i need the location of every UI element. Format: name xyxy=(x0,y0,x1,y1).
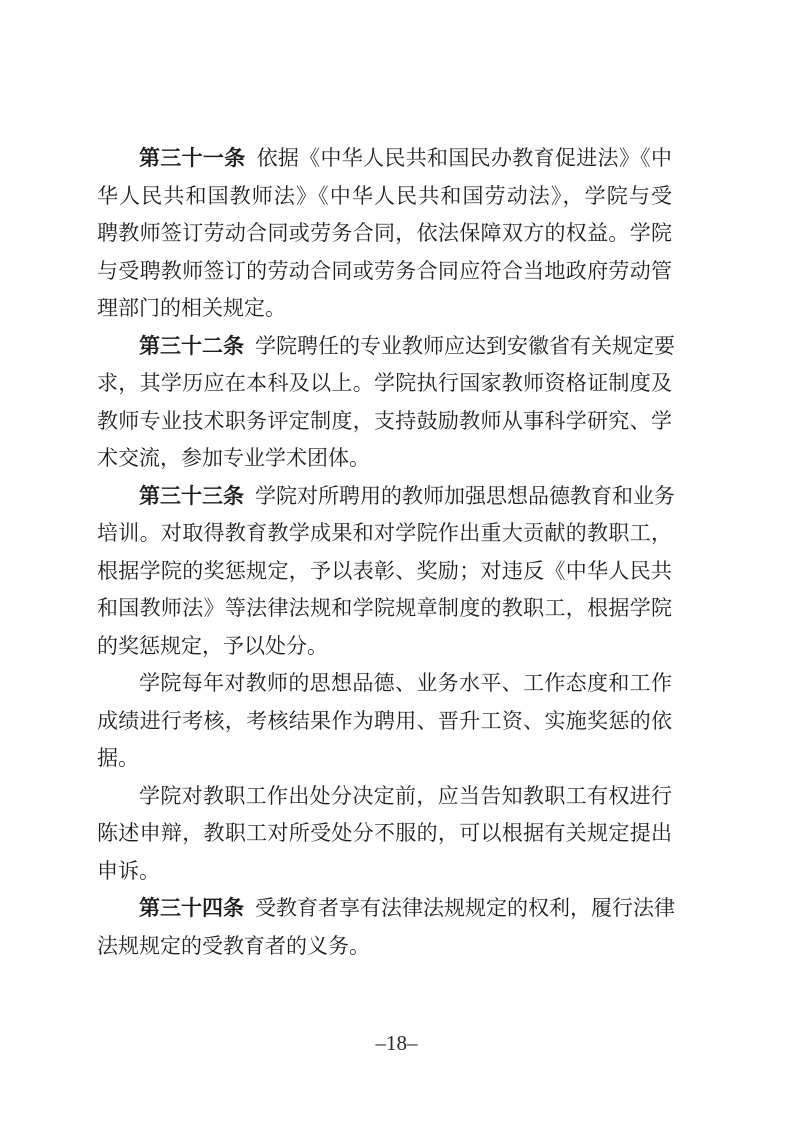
text-line: 和国教师法》等法律法规和学院规章制度的教职工，根据学院 xyxy=(97,590,672,628)
text-line: 据。 xyxy=(97,740,672,778)
text-line: 学院对教职工作出处分决定前，应当告知教职工有权进行 xyxy=(97,778,672,816)
text-line-content: 学院聘任的专业教师应达到安徽省有关规定要 xyxy=(255,334,675,358)
text-line: 理部门的相关规定。 xyxy=(97,290,672,328)
text-line: 培训。对取得教育教学成果和对学院作出重大贡献的教职工， xyxy=(97,515,672,553)
text-line-content: 学院对所聘用的教师加强思想品德教育和业务 xyxy=(255,484,675,508)
text-line: 根据学院的奖惩规定，予以表彰、奖励；对违反《中华人民共 xyxy=(97,553,672,591)
text-line: 第三十二条学院聘任的专业教师应达到安徽省有关规定要 xyxy=(97,328,672,366)
text-line: 聘教师签订劳动合同或劳务合同，依法保障双方的权益。学院 xyxy=(97,215,672,253)
text-line: 求，其学历应在本科及以上。学院执行国家教师资格证制度及 xyxy=(97,365,672,403)
text-line: 成绩进行考核，考核结果作为聘用、晋升工资、实施奖惩的依 xyxy=(97,703,672,741)
article-number: 第三十三条 xyxy=(139,484,244,508)
text-line: 与受聘教师签订的劳动合同或劳务合同应符合当地政府劳动管 xyxy=(97,253,672,291)
discipline-appeal-paragraph: 学院对教职工作出处分决定前，应当告知教职工有权进行 陈述申辩，教职工对所受处分不… xyxy=(97,778,672,891)
text-line: 陈述申辩，教职工对所受处分不服的，可以根据有关规定提出 xyxy=(97,815,672,853)
text-line: 第三十一条依据《中华人民共和国民办教育促进法》《中 xyxy=(97,140,672,178)
text-line: 的奖惩规定，予以处分。 xyxy=(97,628,672,666)
text-line: 教师专业技术职务评定制度，支持鼓励教师从事科学研究、学 xyxy=(97,403,672,441)
text-line: 第三十四条受教育者享有法律法规规定的权利，履行法律 xyxy=(97,890,672,928)
document-body: 第三十一条依据《中华人民共和国民办教育促进法》《中 华人民共和国教师法》《中华人… xyxy=(97,140,672,965)
article-number: 第三十二条 xyxy=(139,334,244,358)
article-32-paragraph: 第三十二条学院聘任的专业教师应达到安徽省有关规定要 求，其学历应在本科及以上。学… xyxy=(97,328,672,478)
text-line: 第三十三条学院对所聘用的教师加强思想品德教育和业务 xyxy=(97,478,672,516)
text-line: 法规规定的受教育者的义务。 xyxy=(97,928,672,966)
assessment-paragraph: 学院每年对教师的思想品德、业务水平、工作态度和工作 成绩进行考核，考核结果作为聘… xyxy=(97,665,672,778)
text-line: 申诉。 xyxy=(97,853,672,891)
text-line: 术交流，参加专业学术团体。 xyxy=(97,440,672,478)
article-31-paragraph: 第三十一条依据《中华人民共和国民办教育促进法》《中 华人民共和国教师法》《中华人… xyxy=(97,140,672,328)
text-line: 学院每年对教师的思想品德、业务水平、工作态度和工作 xyxy=(97,665,672,703)
article-number: 第三十四条 xyxy=(139,896,244,920)
article-33-paragraph: 第三十三条学院对所聘用的教师加强思想品德教育和业务 培训。对取得教育教学成果和对… xyxy=(97,478,672,666)
article-number: 第三十一条 xyxy=(139,146,246,170)
text-line: 华人民共和国教师法》《中华人民共和国劳动法》，学院与受 xyxy=(97,178,672,216)
text-line-content: 受教育者享有法律法规规定的权利，履行法律 xyxy=(255,896,675,920)
page-number: –18– xyxy=(0,1030,793,1056)
text-line-content: 依据《中华人民共和国民办教育促进法》《中 xyxy=(257,146,672,170)
article-34-paragraph: 第三十四条受教育者享有法律法规规定的权利，履行法律 法规规定的受教育者的义务。 xyxy=(97,890,672,965)
